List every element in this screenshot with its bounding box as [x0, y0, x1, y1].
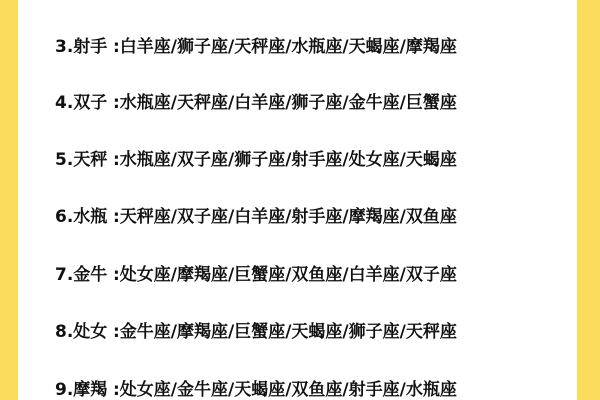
match-list-text: :处女座/金牛座/天蝎座/双鱼座/射手座/水瓶座: [113, 380, 457, 400]
match-list-text: :天秤座/双子座/白羊座/射手座/摩羯座/双鱼座: [113, 207, 457, 227]
list-item: 5.天秤:水瓶座/双子座/狮子座/射手座/处女座/天蝎座: [55, 150, 457, 170]
list-item: 9.摩羯:处女座/金牛座/天蝎座/双鱼座/射手座/水瓶座: [55, 380, 457, 400]
list-item: 7.金牛:处女座/摩羯座/巨蟹座/双鱼座/白羊座/双子座: [55, 265, 457, 285]
list-item: 3.射手:白羊座/狮子座/天秤座/水瓶座/天蝎座/摩羯座: [55, 37, 457, 57]
sign-label: 3.射手: [55, 37, 113, 57]
list-item: 8.处女:金牛座/摩羯座/巨蟹座/天蝎座/狮子座/天秤座: [55, 322, 457, 342]
match-list-text: :水瓶座/天秤座/白羊座/狮子座/金牛座/巨蟹座: [113, 93, 457, 113]
match-list-text: :金牛座/摩羯座/巨蟹座/天蝎座/狮子座/天秤座: [113, 322, 457, 342]
left-yellow-border: [0, 0, 18, 400]
sign-label: 7.金牛: [55, 265, 113, 285]
match-list-text: :水瓶座/双子座/狮子座/射手座/处女座/天蝎座: [113, 150, 457, 170]
sign-label: 8.处女: [55, 322, 113, 342]
sign-label: 9.摩羯: [55, 380, 113, 400]
list-item: 4.双子:水瓶座/天秤座/白羊座/狮子座/金牛座/巨蟹座: [55, 93, 457, 113]
match-list-text: :白羊座/狮子座/天秤座/水瓶座/天蝎座/摩羯座: [113, 37, 457, 57]
sign-label: 6.水瓶: [55, 207, 113, 227]
sign-label: 4.双子: [55, 93, 113, 113]
list-item: 6.水瓶:天秤座/双子座/白羊座/射手座/摩羯座/双鱼座: [55, 207, 457, 227]
match-list-text: :处女座/摩羯座/巨蟹座/双鱼座/白羊座/双子座: [113, 265, 457, 285]
sign-label: 5.天秤: [55, 150, 113, 170]
right-yellow-border: [577, 0, 600, 400]
